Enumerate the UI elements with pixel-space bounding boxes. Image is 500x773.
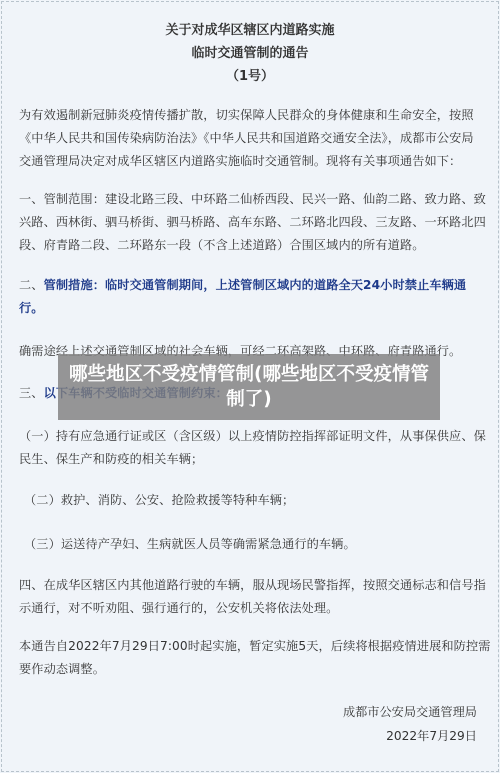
measure-lead: 二、 <box>19 278 44 292</box>
scope-line: 一、管制范围：建设北路三段、中环路二仙桥西段、民兴一路、仙韵二路、致力路、致 <box>19 188 481 211</box>
measure-paragraph: 二、管制措施：临时交通管制期间，上述管制区域内的道路全天24小时禁止车辆通 行。 <box>19 274 481 320</box>
caption-overlay: 哪些地区不受疫情管制(哪些地区不受疫情管制了) <box>58 354 440 420</box>
measure-line: 管制措施：临时交通管制期间，上述管制区域内的道路全天24小时禁止车辆通 <box>44 278 467 292</box>
intro-line: 为有效遏制新冠肺炎疫情传播扩散，切实保障人民群众的身体健康和生命安全，按照 <box>19 104 481 127</box>
exempt-item-1: （一）持有应急通行证或区（含区级）以上疫情防控指挥部证明文件，从事保供应、保 民… <box>19 425 481 471</box>
effective-line: 要作动态调整。 <box>19 658 481 681</box>
notice-title-line2: 临时交通管制的通告 <box>19 42 481 61</box>
exempt-item-3: （三）运送待产孕妇、生病就医人员等确需紧急通行的车辆。 <box>19 533 486 556</box>
other-line: 四、在成华区辖区内其他道路行驶的车辆，服从现场民警指挥，按照交通标志和信号指 <box>19 574 481 597</box>
exempt-item-line: （一）持有应急通行证或区（含区级）以上疫情防控指挥部证明文件，从事保供应、保 <box>19 425 481 448</box>
signature-org: 成都市公安局交通管理局 <box>277 703 477 720</box>
other-line: 示通行，对不听劝阻、强行通行的，公安机关将依法处理。 <box>19 597 481 620</box>
notice-title-line1: 关于对成华区辖区内道路实施 <box>19 19 481 38</box>
effective-line: 本通告自2022年7月29日7:00时起实施，暂定实施5天，后续将根据疫情进展和… <box>19 635 481 658</box>
notice-number: （1号） <box>19 65 481 84</box>
signature-date: 2022年7月29日 <box>277 727 477 744</box>
effective-paragraph: 本通告自2022年7月29日7:00时起实施，暂定实施5天，后续将根据疫情进展和… <box>19 635 481 681</box>
measure-line: 行。 <box>19 297 481 320</box>
intro-paragraph: 为有效遏制新冠肺炎疫情传播扩散，切实保障人民群众的身体健康和生命安全，按照 《中… <box>19 104 481 173</box>
other-roads-paragraph: 四、在成华区辖区内其他道路行驶的车辆，服从现场民警指挥，按照交通标志和信号指 示… <box>19 574 481 620</box>
scope-paragraph: 一、管制范围：建设北路三段、中环路二仙桥西段、民兴一路、仙韵二路、致力路、致 兴… <box>19 188 481 257</box>
exempt-item-line: （二）救护、消防、公安、抢险救援等特种车辆； <box>24 489 486 512</box>
exempt-item-line: （三）运送待产孕妇、生病就医人员等确需紧急通行的车辆。 <box>24 533 486 556</box>
intro-line: 交通管理局决定对成华区辖区内道路实施临时交通管制。现将有关事项通告如下： <box>19 150 481 173</box>
exempt-item-line: 民生、保生产和防疫的相关车辆； <box>19 448 481 471</box>
caption-text: 哪些地区不受疫情管制(哪些地区不受疫情管制了) <box>69 362 429 412</box>
intro-line: 《中华人民共和国传染病防治法》《中华人民共和国道路交通安全法》，成都市公安局 <box>19 127 481 150</box>
scope-line: 兴路、西林街、驷马桥街、驷马桥路、高车东路、二环路北四段、三友路、一环路北四 <box>19 211 481 234</box>
scope-line: 段、府青路二段、二环路东一段（不含上述道路）合围区域内的所有道路。 <box>19 234 481 257</box>
exempt-lead: 三、 <box>19 386 44 400</box>
exempt-item-2: （二）救护、消防、公安、抢险救援等特种车辆； <box>19 489 486 512</box>
